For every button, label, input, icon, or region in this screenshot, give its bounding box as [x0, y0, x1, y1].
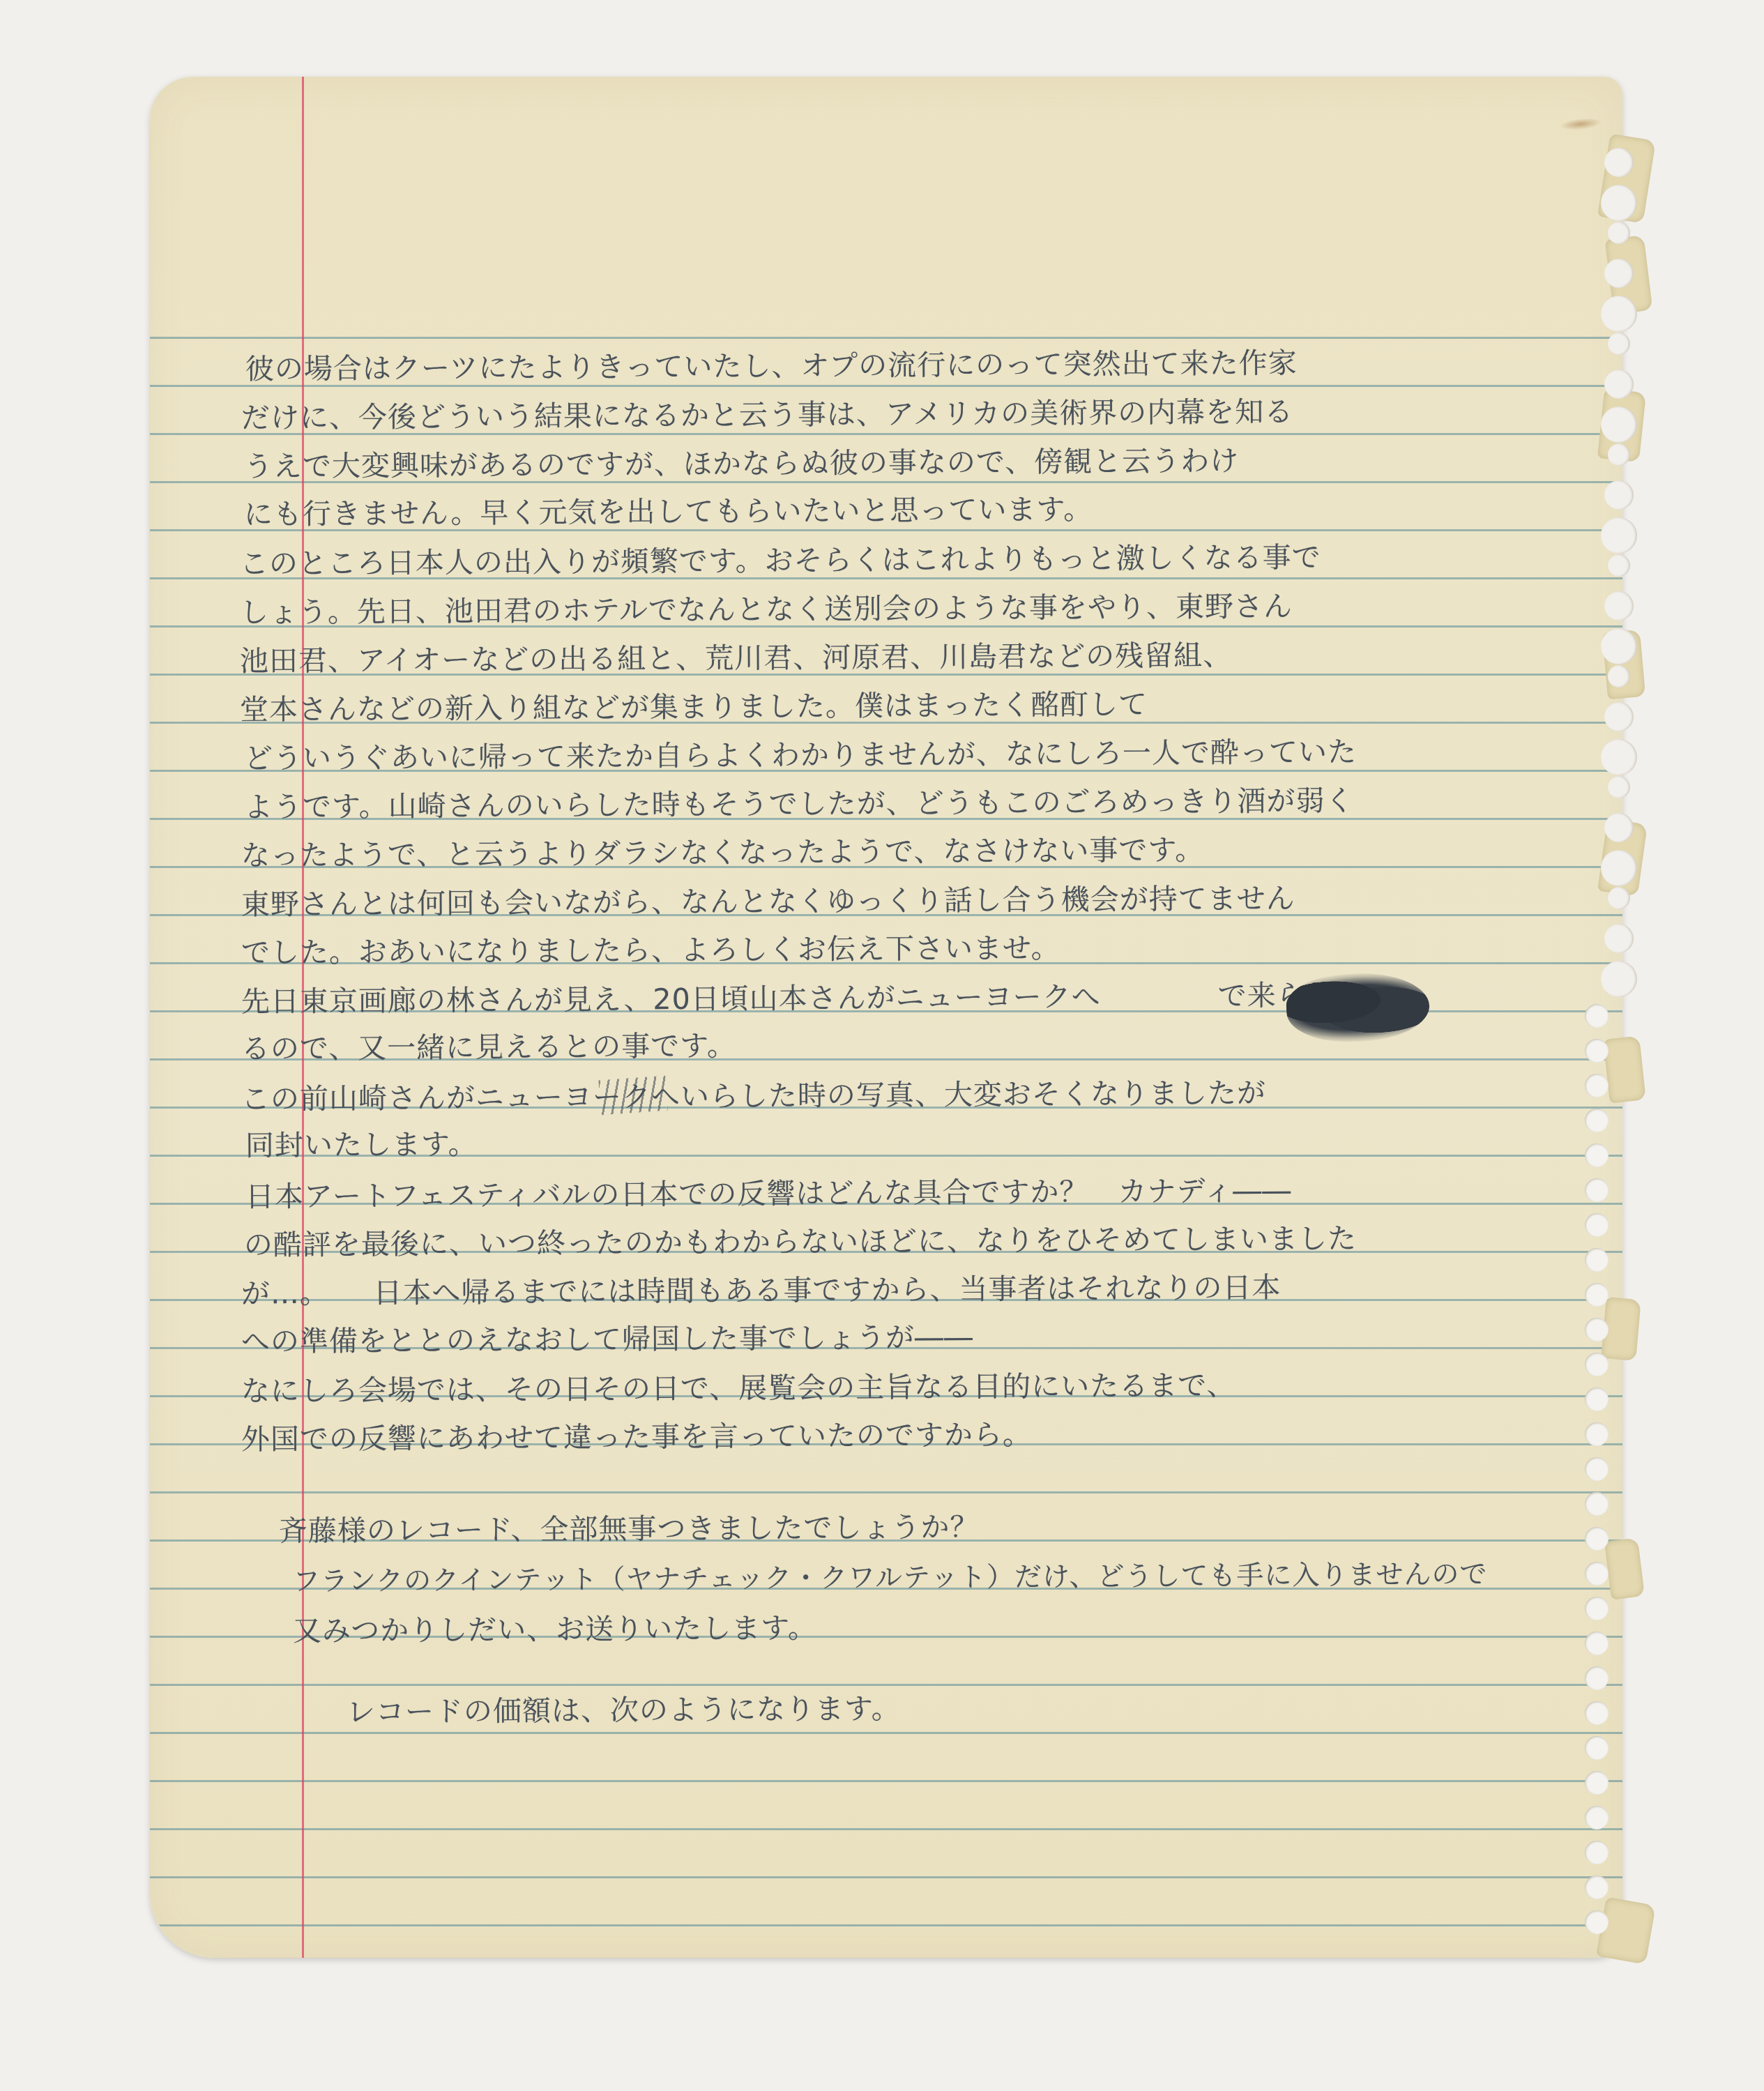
- torn-notch: [1601, 406, 1637, 443]
- scanned-letter: 彼の場合はクーツにたよりきっていたし、オプの流行にのって突然出て来た作家 だけに…: [0, 0, 1764, 2091]
- torn-notch: [1604, 813, 1634, 842]
- handwriting-line: ようです。山崎さんのいらした時もそうでしたが、どうもこのごろめっきり酒が弱く: [244, 777, 1355, 826]
- binder-hole: [1585, 1806, 1609, 1830]
- handwriting-line: この前山崎さんがニューヨークへいらした時の写真、大変おそくなりましたが: [241, 1070, 1266, 1118]
- handwriting-line: うえで大変興味があるのですが、ほかならぬ彼の事なので、傍観と云うわけ: [244, 438, 1240, 485]
- handwriting-line: 先日東京画廊の林さんが見え、20日頃山本さんがニューヨークへ で来られ: [241, 972, 1335, 1020]
- torn-notch: [1604, 148, 1634, 177]
- binder-hole: [1585, 1353, 1609, 1376]
- binder-hole: [1585, 1387, 1609, 1411]
- binder-hole: [1585, 1666, 1609, 1690]
- strikethrough-mark: [598, 1076, 667, 1116]
- torn-notch: [1608, 554, 1630, 577]
- handwriting-line: 堂本さんなどの新入り組などが集まりました。僕はまったく酩酊して: [240, 681, 1148, 728]
- handwriting-line: にも行きません。早く元気を出してもらいたいと思っています。: [244, 486, 1093, 532]
- handwriting-line: 彼の場合はクーツにたよりきっていたし、オプの流行にのって突然出て来た作家: [245, 340, 1298, 387]
- binder-hole: [1585, 1422, 1609, 1446]
- handwriting-line: レコードの価額は、次のようになります。: [347, 1686, 901, 1731]
- binder-hole: [1585, 1457, 1609, 1481]
- torn-notch: [1604, 924, 1634, 953]
- binder-hole: [1585, 1283, 1609, 1307]
- torn-notch: [1604, 259, 1634, 288]
- torn-notch: [1604, 702, 1634, 731]
- handwriting-line: フランクのクインテット（ヤナチェック・クワルテット）だけ、どうしても手に入りませ…: [293, 1553, 1488, 1599]
- binder-hole: [1585, 1736, 1609, 1760]
- binder-hole: [1585, 1562, 1609, 1586]
- handwriting-line: への準備をととのえなおして帰国した事でしょうが――: [241, 1314, 973, 1360]
- binder-hole: [1585, 1876, 1609, 1899]
- handwriting-line: このところ日本人の出入りが頻繁です。おそらくはこれよりもっと激しくなる事で: [240, 534, 1321, 581]
- handwriting-line: 斉藤様のレコード、全部無事つきましたでしょうか？: [279, 1504, 980, 1549]
- binder-hole: [1585, 1527, 1609, 1551]
- binder-hole: [1585, 1039, 1609, 1063]
- handwriting-line: だけに、今後どういう結果になるかと云う事は、アメリカの美術界の内幕を知る: [241, 388, 1293, 436]
- binder-hole: [1585, 1771, 1609, 1795]
- handwriting-line: が…。 日本へ帰るまでには時間もある事ですから、当事者はそれなりの日本: [241, 1264, 1282, 1311]
- binder-hole: [1585, 1143, 1609, 1167]
- torn-notch: [1601, 185, 1637, 221]
- torn-notch: [1608, 665, 1630, 687]
- binder-hole: [1585, 1109, 1609, 1132]
- binder-hole: [1585, 1318, 1609, 1341]
- handwriting-line: 東野さんとは何回も会いながら、なんとなくゆっくり話し合う機会が持てません: [241, 875, 1295, 922]
- paper-stain: [1559, 116, 1602, 132]
- handwriting-line: 外国での反響にあわせて違った事を言っていたのですから。: [241, 1412, 1032, 1458]
- torn-notch: [1601, 961, 1637, 997]
- handwriting-line: なったようで、と云うよりダラシなくなったようで、なさけない事です。: [241, 827, 1204, 874]
- handwriting-line: 池田君、アイオーなどの出る組と、荒川君、河原君、川島君などの残留組、: [240, 632, 1232, 680]
- handwriting-line: でした。おあいになりましたら、よろしくお伝え下さいませ。: [241, 925, 1060, 971]
- torn-notch: [1608, 333, 1630, 355]
- torn-notch: [1608, 887, 1630, 909]
- handwriting-line: しょう。先日、池田君のホテルでなんとなく送別会のような事をやり、東野さん: [240, 583, 1293, 630]
- torn-notch: [1601, 628, 1637, 664]
- handwriting-line: 又みつかりしだい、お送りいたします。: [293, 1605, 817, 1650]
- torn-notch: [1604, 591, 1634, 621]
- torn-notch: [1608, 443, 1630, 466]
- binder-hole: [1585, 1701, 1609, 1725]
- handwriting-line: なにしろ会場では、その日その日で、展覧会の主旨なる目的にいたるまで、: [241, 1362, 1236, 1410]
- torn-notch: [1604, 480, 1634, 510]
- binder-hole: [1585, 1213, 1609, 1237]
- torn-notch: [1601, 739, 1637, 775]
- handwriting-line: るので、又一緒に見えるとの事です。: [241, 1023, 736, 1067]
- handwriting-line: 日本アートフェスティバルの日本での反響はどんな具合ですか？ カナディ――: [245, 1167, 1291, 1215]
- torn-notch: [1608, 222, 1630, 244]
- binder-hole: [1585, 1004, 1609, 1028]
- torn-notch: [1608, 776, 1630, 798]
- binder-hole: [1585, 1597, 1609, 1620]
- binder-hole: [1585, 1248, 1609, 1272]
- torn-notch: [1601, 517, 1637, 554]
- handwriting-line: 同封いたします。: [245, 1121, 478, 1164]
- binder-hole: [1585, 1910, 1609, 1934]
- torn-notch: [1604, 370, 1634, 399]
- binder-hole: [1585, 1178, 1609, 1202]
- binder-hole: [1585, 1492, 1609, 1516]
- torn-flap: [1603, 1036, 1645, 1104]
- torn-notch: [1601, 850, 1637, 886]
- torn-flap: [1604, 1537, 1645, 1599]
- handwriting-line: の酷評を最後に、いつ終ったのかもわからないほどに、なりをひそめてしまいました: [244, 1215, 1357, 1263]
- torn-notch: [1601, 296, 1637, 332]
- binder-hole: [1585, 1074, 1609, 1097]
- binder-hole: [1585, 1841, 1609, 1864]
- handwriting-line: どういうぐあいに帰って来たか自らよくわかりませんが、なにしろ一人で酔っていた: [244, 729, 1357, 777]
- binder-hole: [1585, 1632, 1609, 1655]
